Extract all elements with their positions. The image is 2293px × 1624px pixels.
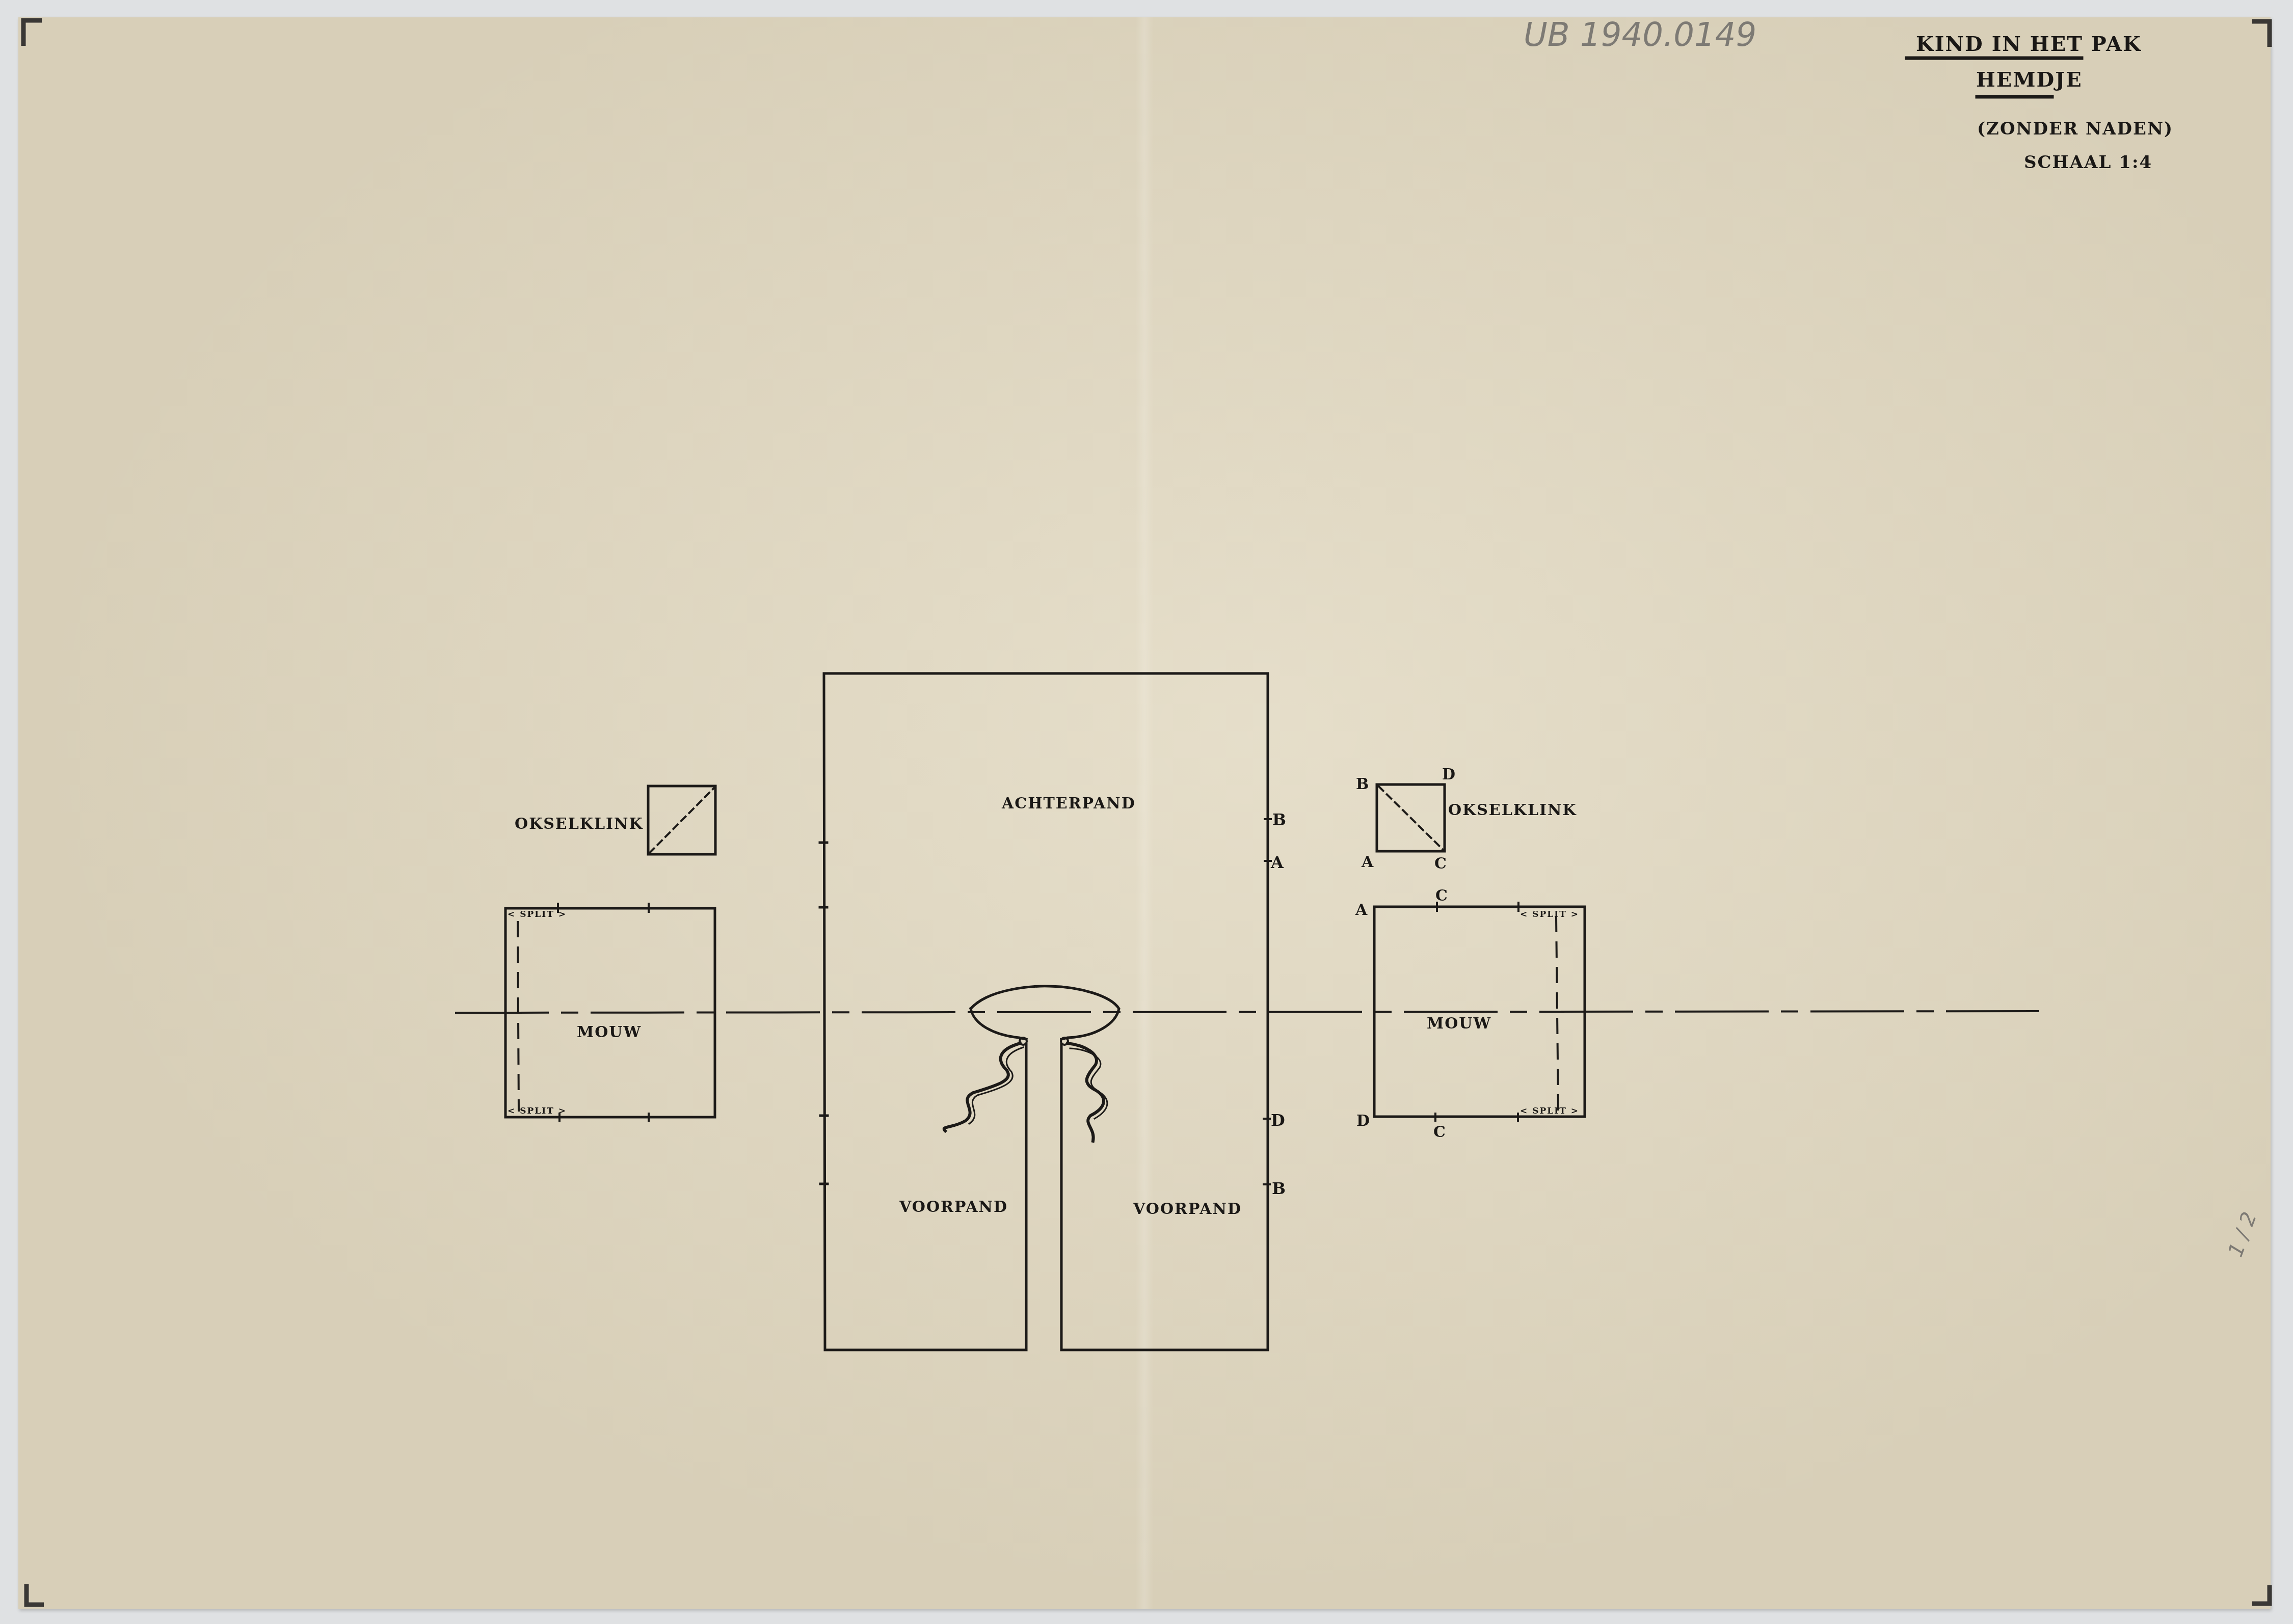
body-mark-d: D (1271, 1111, 1286, 1130)
left-gusset-label: OKSELKLINK (515, 815, 644, 833)
right-sleeve-mark-c-top: C (1435, 887, 1449, 905)
right-gusset-corner-c: C (1434, 855, 1448, 873)
title-block: KIND IN HET PAK HEMDJE (ZONDER NADEN) SC… (1907, 32, 2173, 173)
body-mark-b-top: B (1272, 810, 1287, 829)
right-gusset-label: OKSELKLINK (1448, 801, 1577, 819)
left-sleeve-label: MOUW (577, 1023, 642, 1041)
drawing-title: KIND IN HET PAK (1916, 32, 2142, 56)
crop-mark-bottom-right (2252, 1585, 2270, 1604)
right-sleeve-mark-c-bottom: C (1433, 1123, 1447, 1141)
right-sleeve-corner-d: D (1356, 1112, 1371, 1130)
right-sleeve-label: MOUW (1427, 1015, 1491, 1033)
left-gusset: OKSELKLINK (515, 786, 715, 854)
crop-mark-bottom-left (26, 1584, 44, 1605)
front-left-panel-label: VOORPAND (899, 1198, 1008, 1216)
right-sleeve: < SPLIT > < SPLIT > A D C C MOUW (1355, 887, 1585, 1141)
back-panel-label: ACHTERPAND (1001, 795, 1136, 813)
right-sleeve-corner-a: A (1355, 901, 1368, 919)
right-sleeve-split-top: < SPLIT > (1520, 909, 1579, 919)
right-gusset-corner-b: B (1356, 775, 1370, 793)
crop-mark-top-left (23, 20, 42, 46)
drawing-subtitle: HEMDJE (1976, 68, 2083, 92)
body-mark-a: A (1270, 853, 1285, 872)
crop-marks (23, 20, 2270, 1605)
pattern-drawing: UB 1940.0149 1 / 2 KIND IN HET PAK HEMDJ… (0, 0, 2293, 1624)
front-right-panel-label: VOORPAND (1133, 1200, 1242, 1218)
right-gusset-corner-d: D (1442, 766, 1456, 783)
left-sleeve-split-bottom: < SPLIT > (508, 1106, 567, 1116)
crop-mark-top-right (2252, 21, 2270, 47)
right-sleeve-split-bottom: < SPLIT > (1520, 1106, 1579, 1116)
left-sleeve-split-top: < SPLIT > (508, 909, 567, 919)
right-gusset: B D A C OKSELKLINK (1356, 766, 1577, 873)
drawing-scale: SCHAAL 1:4 (2024, 152, 2152, 173)
drawing-note: (ZONDER NADEN) (1977, 119, 2173, 139)
center-line (456, 1011, 2038, 1013)
catalog-number: UB 1940.0149 (1524, 16, 1756, 54)
body-mark-b-bottom: B (1272, 1179, 1287, 1198)
margin-pencil-marks: 1 / 2 (2224, 1209, 2261, 1260)
right-gusset-corner-a: A (1361, 853, 1374, 871)
